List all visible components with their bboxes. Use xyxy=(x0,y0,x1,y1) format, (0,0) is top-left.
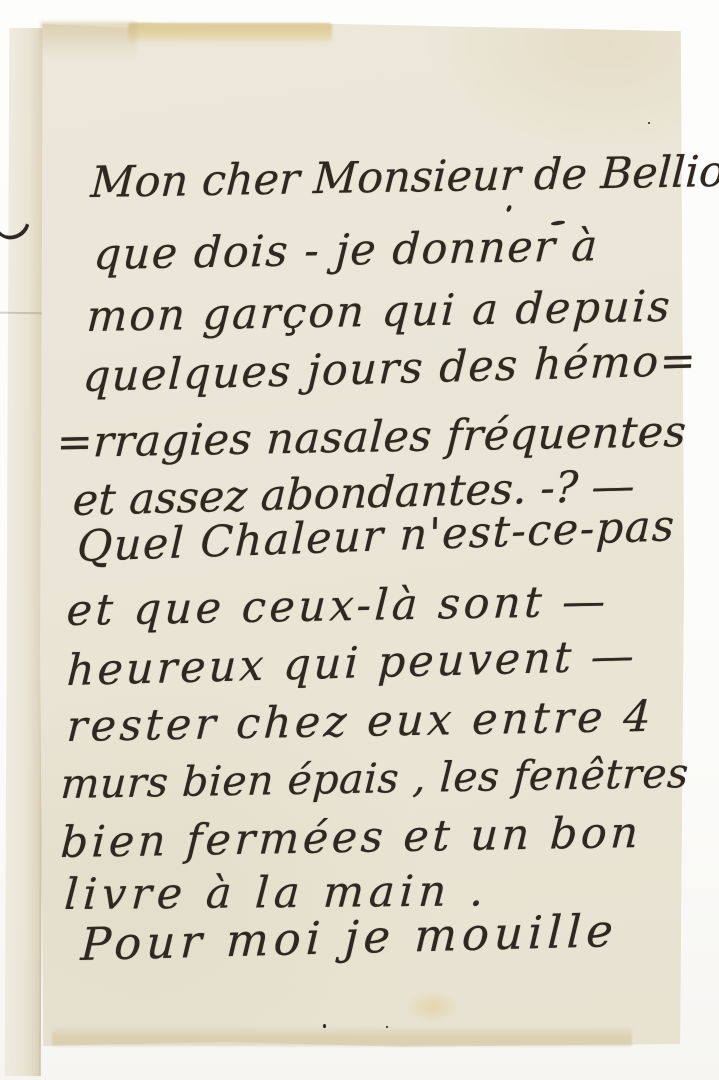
handwriting-line: et que ceux-là sont — xyxy=(65,577,610,637)
handwriting-line: mon garçon qui a depuis xyxy=(85,282,673,342)
tape-residue xyxy=(128,23,332,44)
handwriting-line: rester chez eux entre 4 xyxy=(65,692,655,752)
ink-speck xyxy=(386,1026,388,1028)
bottom-edge-stain xyxy=(52,1026,632,1046)
corner-stain xyxy=(41,22,137,56)
folded-leaf-edge xyxy=(5,28,46,1076)
ink-speck xyxy=(641,437,645,441)
ink-speck xyxy=(648,122,650,124)
letter-scan: Mon cher Monsieur de Bellioque dois - je… xyxy=(0,0,719,1080)
ink-speck xyxy=(323,1024,326,1028)
handwriting-line: que dois - je donner à xyxy=(92,221,600,280)
handwriting-line: bien fermées et un bon xyxy=(59,808,643,868)
crease-line xyxy=(0,312,44,315)
